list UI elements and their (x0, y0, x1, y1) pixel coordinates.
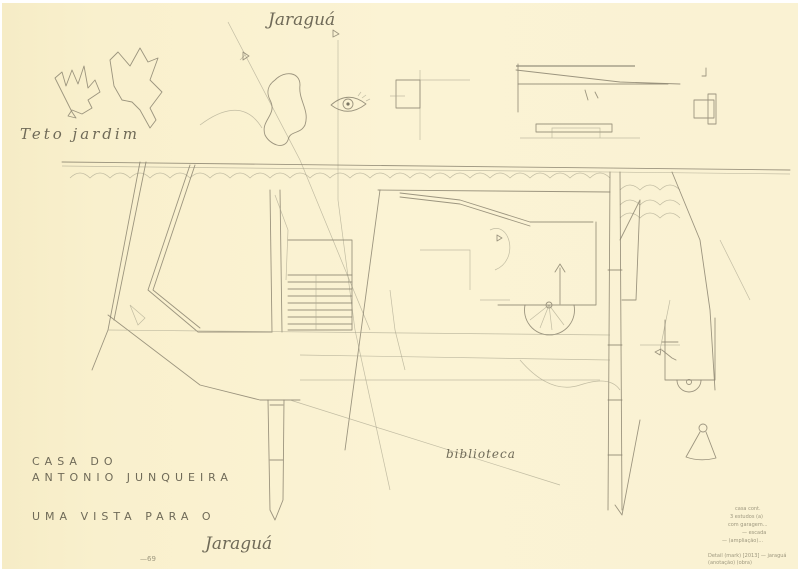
floor-plan (62, 162, 790, 520)
elevation-sketch (390, 64, 716, 138)
margin-note: (anotação) (obra) (708, 560, 752, 567)
subtitle-jaragua: Jaraguá (205, 534, 272, 554)
title-line-1: CASA DO (32, 455, 118, 468)
library-label: biblioteca (446, 447, 516, 461)
margin-note: Detail (mark) [2013] — jaraguá (708, 553, 786, 560)
sight-lines (228, 22, 420, 490)
eye-sketch-icon (331, 92, 370, 111)
spiral-stair-icon (525, 264, 575, 335)
top-title-jaragua: Jaraguá (268, 10, 335, 30)
margin-note: casa cont. (735, 506, 761, 513)
margin-note: 3 estudos (a) (730, 514, 763, 521)
margin-note: com garagem... (728, 522, 768, 529)
roof-garden-label: Teto jardim (20, 125, 140, 143)
margin-note: — escada (742, 530, 766, 537)
cone-sketch-icon (686, 424, 716, 460)
title-line-2: ANTONIO JUNQUEIRA (32, 471, 233, 484)
margin-note: — (ampliação)... (722, 538, 763, 545)
sheet-number: —69 (140, 556, 156, 563)
architectural-sketch (0, 0, 800, 575)
subtitle: UMA VISTA PARA O (32, 510, 216, 523)
